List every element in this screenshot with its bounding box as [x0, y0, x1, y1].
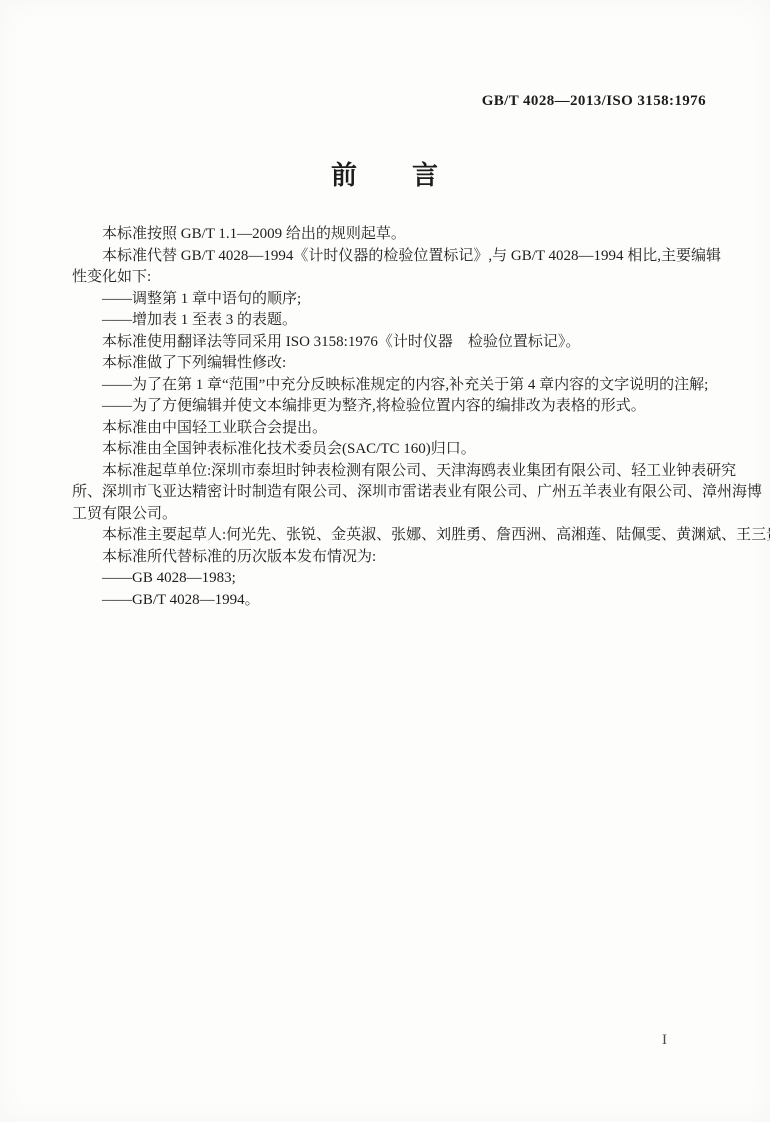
body-line: ——为了在第 1 章“范围”中充分反映标准规定的内容,补充关于第 4 章内容的文…: [72, 375, 712, 397]
body-line: 工贸有限公司。: [72, 504, 712, 526]
body-line: 本标准所代替标准的历次版本发布情况为:: [72, 547, 712, 569]
body-line: 本标准由中国轻工业联合会提出。: [72, 418, 712, 440]
body-line: ——GB/T 4028—1994。: [72, 590, 712, 612]
body-line: 本标准主要起草人:何光先、张锐、金英淑、张娜、刘胜勇、詹西洲、高湘莲、陆佩雯、黄…: [72, 525, 712, 547]
body-line: 本标准做了下列编辑性修改:: [72, 353, 712, 375]
body-line: ——增加表 1 至表 3 的表题。: [72, 310, 712, 332]
document-page: GB/T 4028—2013/ISO 3158:1976 前 言 本标准按照 G…: [0, 0, 770, 1122]
standard-code-header: GB/T 4028—2013/ISO 3158:1976: [482, 93, 706, 110]
body-line: 所、深圳市飞亚达精密计时制造有限公司、深圳市雷诺表业有限公司、广州五羊表业有限公…: [72, 482, 712, 504]
body-line: ——GB 4028—1983;: [72, 568, 712, 590]
foreword-body: 本标准按照 GB/T 1.1—2009 给出的规则起草。本标准代替 GB/T 4…: [72, 224, 712, 611]
body-line: 本标准按照 GB/T 1.1—2009 给出的规则起草。: [72, 224, 712, 246]
body-line: ——为了方便编辑并使文本编排更为整齐,将检验位置内容的编排改为表格的形式。: [72, 396, 712, 418]
body-line: 本标准代替 GB/T 4028—1994《计时仪器的检验位置标记》,与 GB/T…: [72, 246, 712, 268]
body-line: 性变化如下:: [72, 267, 712, 289]
body-line: 本标准使用翻译法等同采用 ISO 3158:1976《计时仪器 检验位置标记》。: [72, 332, 712, 354]
foreword-title: 前 言: [0, 155, 770, 192]
body-line: ——调整第 1 章中语句的顺序;: [72, 289, 712, 311]
body-line: 本标准起草单位:深圳市泰坦时钟表检测有限公司、天津海鸥表业集团有限公司、轻工业钟…: [72, 461, 712, 483]
page-number: I: [662, 1032, 668, 1049]
body-line: 本标准由全国钟表标准化技术委员会(SAC/TC 160)归口。: [72, 439, 712, 461]
